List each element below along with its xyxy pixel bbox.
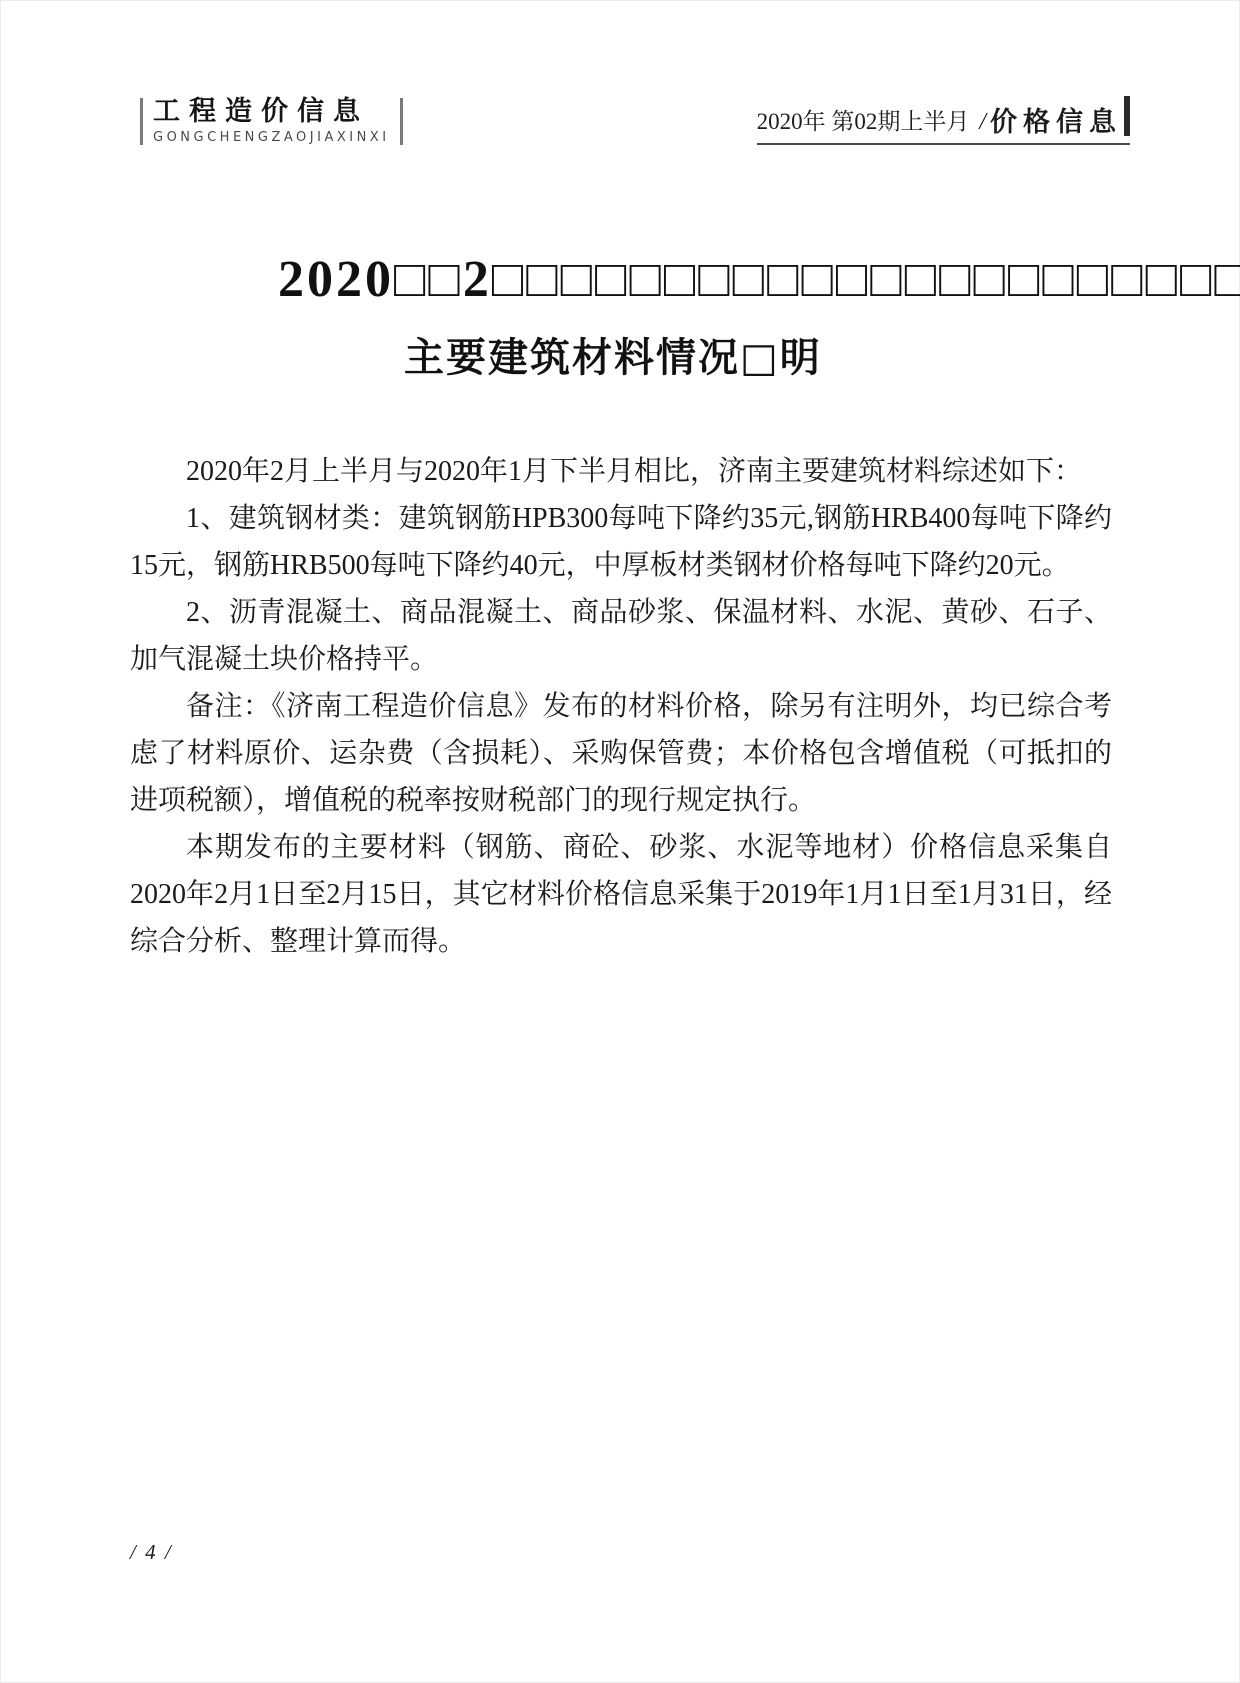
body-paragraph: 2020年2月上半月与2020年1月下半月相比，济南主要建筑材料综述如下： — [130, 448, 1112, 495]
issue-separator: / — [979, 109, 986, 136]
document-body: 2020年2月上半月与2020年1月下半月相比，济南主要建筑材料综述如下： 1、… — [130, 448, 1112, 965]
document-subtitle: 主要建筑材料情况□明 — [404, 326, 822, 383]
page-header: 工程造价信息 GONGCHENGZAOJIAXINXI 2020年 第02期上半… — [140, 96, 1130, 145]
page-number: / 4 / — [130, 1540, 173, 1565]
journal-title: 工程造价信息 — [153, 96, 390, 127]
issue-end-rule — [1124, 96, 1130, 136]
issue-section-label: 价格信息 — [990, 109, 1122, 136]
document-title-placeholder-row: 2020□□2□□□□□□□□□□□□□□□□□□□□□□□□ — [278, 250, 1240, 309]
journal-title-pinyin: GONGCHENGZAOJIAXINXI — [153, 130, 390, 145]
journal-logo: 工程造价信息 GONGCHENGZAOJIAXINXI — [140, 96, 403, 145]
body-paragraph: 1、建筑钢材类：建筑钢筋HPB300每吨下降约35元,钢筋HRB400每吨下降约… — [130, 495, 1112, 589]
body-paragraph: 本期发布的主要材料（钢筋、商砼、砂浆、水泥等地材）价格信息采集自2020年2月1… — [130, 824, 1112, 965]
body-paragraph: 备注：《济南工程造价信息》发布的材料价格，除另有注明外，均已综合考虑了材料原价、… — [130, 683, 1112, 824]
issue-date: 2020年 第02期上半月 — [757, 103, 970, 136]
logo-right-rule — [400, 98, 403, 145]
body-paragraph: 2、沥青混凝土、商品混凝土、商品砂浆、保温材料、水泥、黄砂、石子、加气混凝土块价… — [130, 589, 1112, 683]
logo-text-block: 工程造价信息 GONGCHENGZAOJIAXINXI — [143, 96, 400, 145]
issue-info: 2020年 第02期上半月 / 价格信息 — [757, 96, 1130, 145]
document-page: 工程造价信息 GONGCHENGZAOJIAXINXI 2020年 第02期上半… — [0, 0, 1240, 1683]
